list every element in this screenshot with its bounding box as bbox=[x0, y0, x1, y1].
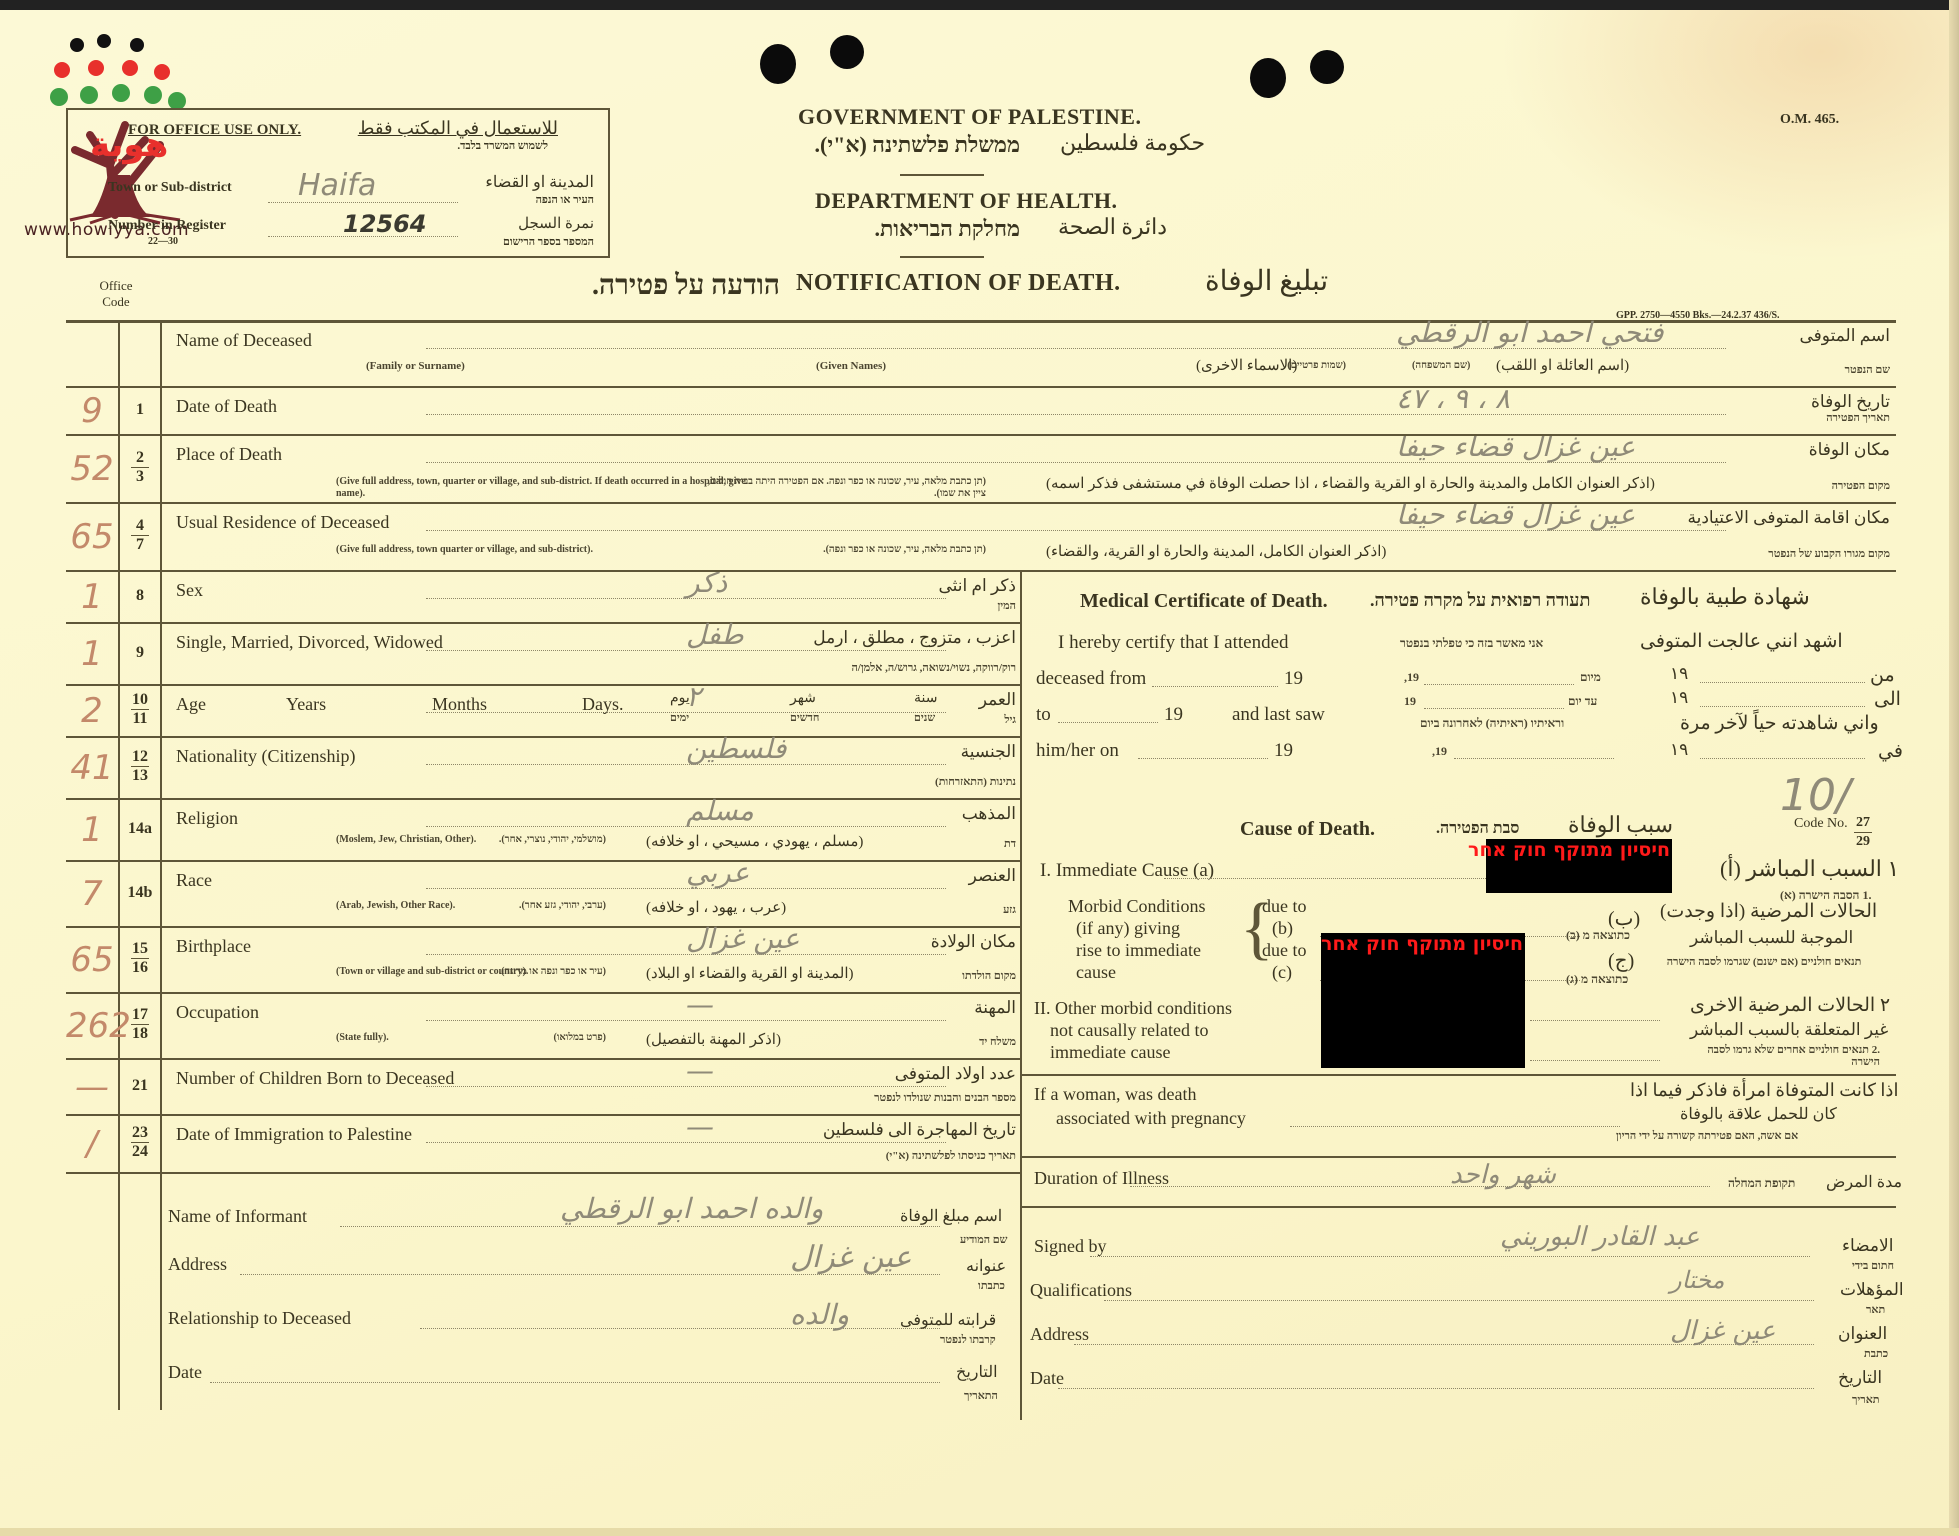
row-number-bottom: 24 bbox=[132, 1143, 148, 1160]
form-number: O.M. 465. bbox=[1780, 112, 1839, 128]
signed-by-ar: الامضاء bbox=[1842, 1236, 1893, 1256]
row-number: 1 bbox=[120, 401, 160, 419]
qualifications-value[interactable]: مختار bbox=[1670, 1266, 1725, 1294]
row-hint-en: (Give full address, town quarter or vill… bbox=[336, 544, 756, 556]
other-morbid-ar-2: غير المتعلقة بالسبب المباشر bbox=[1690, 1020, 1888, 1040]
other-morbid-line[interactable] bbox=[1530, 1020, 1660, 1021]
row-label-en: Single, Married, Divorced, Widowed bbox=[176, 632, 443, 653]
row-divider bbox=[1022, 1156, 1896, 1158]
office-use-title-ar: للاستعمال في المكتب فقط bbox=[358, 118, 558, 139]
label-c: (c) bbox=[1272, 962, 1292, 983]
row-number: 23 bbox=[120, 449, 160, 486]
certify-he-to-year: 19 bbox=[1404, 694, 1416, 709]
register-sub: 22—30 bbox=[148, 236, 178, 247]
logo-person-black bbox=[97, 34, 111, 48]
form-row: 21011AgeالعمرגילYearsMonthsDays.سنةشهريو… bbox=[66, 686, 1022, 736]
row-value[interactable]: — bbox=[686, 1054, 714, 1087]
row-label-ar: ذكر ام انثى bbox=[938, 576, 1016, 596]
row-hint-ar: (اذكر العنوان الكامل والمدينة والحارة او… bbox=[1046, 474, 1655, 493]
age-unit-ar: سنة bbox=[914, 690, 937, 707]
row-divider bbox=[66, 386, 1896, 388]
register-value[interactable]: 12564 bbox=[343, 210, 427, 238]
punch-hole bbox=[1310, 50, 1344, 84]
form-row: 19Single, Married, Divorced, Widowedاعزب… bbox=[66, 624, 1022, 684]
form-row: /2324Date of Immigration to Palestineتار… bbox=[66, 1116, 1022, 1172]
row-number-top: 4 bbox=[136, 517, 144, 534]
row-hint-he: (מושלמי, יהודי, נוצרי, אחר). bbox=[496, 834, 606, 846]
office-use-title-en: FOR OFFICE USE ONLY. bbox=[128, 122, 301, 139]
informant-relation-line bbox=[420, 1328, 940, 1329]
row-label-en: Nationality (Citizenship) bbox=[176, 746, 355, 767]
row-divider bbox=[66, 502, 1896, 504]
informant-name-ar: اسم مبلغ الوفاة bbox=[900, 1206, 1002, 1226]
margin-code: 9 bbox=[66, 391, 118, 431]
row-label-he: שם הנפטר bbox=[1845, 364, 1890, 376]
form-row: Name of Deceasedاسم المتوفىשם הנפטר(Fami… bbox=[66, 322, 1896, 386]
row-hint-ar: (المدينة او القرية والقضاء او البلاد) bbox=[646, 964, 854, 983]
header-title-he: הודעה על פטירה. bbox=[520, 270, 780, 302]
header-gov-ar: حكومة فلسطين bbox=[1060, 130, 1205, 156]
town-label-he: העיר או הנפה bbox=[536, 194, 594, 206]
margin-code: 7 bbox=[66, 874, 118, 914]
row-hint-he-2: (שם המשפחה) bbox=[1412, 360, 1470, 371]
logo-person-black bbox=[130, 38, 144, 52]
row-divider bbox=[1022, 1206, 1896, 1208]
medical-margin-note: 10/ bbox=[1780, 770, 1851, 821]
scan-edge-bottom bbox=[0, 1528, 1959, 1536]
row-label-he: תאריך כניסתו לפלשתינה (א"י) bbox=[886, 1150, 1016, 1162]
morbid-label-1: Morbid Conditions bbox=[1068, 896, 1206, 917]
row-number-bottom: 16 bbox=[132, 959, 148, 976]
paper-stain bbox=[1500, 0, 1959, 260]
signed-by-value[interactable]: عبد القادر البوريني bbox=[1500, 1222, 1700, 1252]
row-label-ar: العنصر bbox=[969, 866, 1016, 886]
row-hint-ar: (مسلم ، يهودي ، مسيحي ، او خلافه) bbox=[646, 832, 863, 851]
row-hint-he: (ערבי, יהודי, גזע אחר). bbox=[496, 900, 606, 912]
informant-relation-label: Relationship to Deceased bbox=[168, 1308, 351, 1329]
row-hint-ar: (اذكر المهنة بالتفصيل) bbox=[646, 1030, 781, 1049]
form-row: —21Number of Children Born to Deceasedعد… bbox=[66, 1060, 1022, 1114]
town-value[interactable]: Haifa bbox=[298, 168, 376, 203]
row-label-ar: المذهب bbox=[962, 804, 1016, 824]
logo-person-red bbox=[122, 60, 138, 76]
row-hint-ar: (عرب ، يهود ، او خلافه) bbox=[646, 898, 786, 917]
informant-date-ar: التاريخ bbox=[956, 1362, 998, 1382]
ar-from-line bbox=[1700, 682, 1865, 683]
row-number-top: 23 bbox=[132, 1124, 148, 1141]
row-label-ar: مكان الوفاة bbox=[1809, 440, 1890, 460]
age-unit-he: ימים bbox=[670, 712, 689, 724]
other-morbid-line[interactable] bbox=[1530, 1060, 1660, 1061]
doctor-address-label: Address bbox=[1030, 1324, 1089, 1345]
morbid-ar-b: (ب) bbox=[1608, 906, 1640, 931]
row-value[interactable]: عربي bbox=[686, 856, 749, 889]
office-use-title-he: לשמוש המשרד בלבד. bbox=[457, 140, 548, 152]
certify-he-1: אני מאשר בזה כי טפלתי בנפטר bbox=[1400, 636, 1543, 651]
row-value[interactable]: فتحي احمد ابو الرقطي bbox=[1396, 316, 1663, 349]
row-value[interactable]: مسلم bbox=[686, 794, 754, 827]
row-number-bottom: 7 bbox=[136, 536, 144, 553]
scan-edge-right bbox=[1949, 0, 1959, 1536]
qualifications-ar: المؤهلات bbox=[1840, 1280, 1904, 1300]
doctor-address-ar: العنوان bbox=[1838, 1324, 1887, 1344]
row-number-bottom: 3 bbox=[136, 468, 144, 485]
form-row: 411213Nationality (Citizenship)الجنسيةנת… bbox=[66, 738, 1022, 798]
last-seen-date-line[interactable] bbox=[1138, 758, 1268, 759]
morbid-he: תנאים חולניים (אם ישנם) שגרמו לסבה הישרה bbox=[1664, 956, 1864, 968]
form-row: 714bRaceالعنصرגזע(Arab, Jewish, Other Ra… bbox=[66, 862, 1022, 926]
scan-edge-top bbox=[0, 0, 1959, 10]
morbid-label-4: cause bbox=[1076, 962, 1116, 983]
code-number-label: Code No. bbox=[1794, 816, 1848, 832]
row-hint-en: (Give full address, town, quarter or vil… bbox=[336, 476, 756, 500]
punch-hole bbox=[760, 44, 796, 84]
row-number-bottom: 13 bbox=[132, 767, 148, 784]
margin-code: 52 bbox=[66, 449, 118, 489]
town-label-en: Town or Sub-district bbox=[108, 180, 232, 196]
other-morbid-1: II. Other morbid conditions bbox=[1034, 998, 1232, 1019]
row-number: 1718 bbox=[120, 1006, 160, 1043]
age-unit-en: Days. bbox=[582, 694, 624, 715]
label-b: (b) bbox=[1272, 918, 1293, 939]
informant-name-label: Name of Informant bbox=[168, 1206, 307, 1227]
header-dept-ar: دائرة الصحة bbox=[1058, 214, 1167, 240]
register-label-en: Number in Register bbox=[108, 218, 226, 234]
pregnancy-field[interactable] bbox=[1290, 1126, 1620, 1127]
row-number: 14b bbox=[120, 884, 160, 902]
due-to-b: due to bbox=[1262, 896, 1307, 917]
margin-code: 2 bbox=[66, 691, 118, 731]
code-bot: 29 bbox=[1856, 834, 1870, 849]
row-hint-en: (Family or Surname)(Given Names) bbox=[366, 360, 886, 372]
row-label-en: Name of Deceased bbox=[176, 330, 312, 351]
morbid-ar-c: (ج) bbox=[1608, 948, 1634, 973]
row-number-top: 15 bbox=[132, 940, 148, 957]
informant-name-value[interactable]: والده احمد ابو الرقطي bbox=[560, 1192, 823, 1225]
row-number-top: 14a bbox=[128, 820, 152, 837]
he-to-line bbox=[1424, 708, 1564, 709]
row-number-top: 21 bbox=[132, 1077, 148, 1094]
row-label-en: Usual Residence of Deceased bbox=[176, 512, 389, 533]
form-row: 114aReligionالمذهبדת(Moslem, Jew, Christ… bbox=[66, 800, 1022, 860]
age-unit-ar: شهر bbox=[790, 690, 816, 707]
row-hint-part: (Given Names) bbox=[816, 360, 886, 372]
row-divider bbox=[66, 570, 1896, 572]
row-hint-he: (תן כתבת מלאה, עיר, שכונה או כפר ונפה. א… bbox=[706, 476, 986, 500]
cause-title-ar: سبب الوفاة bbox=[1568, 812, 1673, 838]
row-label-ar: العمر bbox=[979, 690, 1016, 710]
row-value[interactable]: عين غزال bbox=[686, 922, 800, 955]
cause-title-en: Cause of Death. bbox=[1240, 818, 1375, 841]
row-number: 1213 bbox=[120, 748, 160, 785]
logo-person-black bbox=[70, 38, 84, 52]
margin-code: 1 bbox=[66, 810, 118, 850]
other-morbid-ar-1: ٢ الحالات المرضية الاخرى bbox=[1690, 994, 1890, 1017]
pregnancy-ar-2: كان للحمل علاقة بالوفاة bbox=[1680, 1104, 1837, 1124]
register-label-ar: نمرة السجل bbox=[518, 214, 594, 233]
form-row: 651516Birthplaceمكان الولادةמקום הולדתו(… bbox=[66, 928, 1022, 992]
row-label-en: Occupation bbox=[176, 1002, 259, 1023]
row-label-en: Race bbox=[176, 870, 212, 891]
duration-field-line bbox=[1130, 1186, 1710, 1187]
row-label-he: משלח יד bbox=[979, 1036, 1016, 1048]
certify-ar-from: من bbox=[1870, 664, 1895, 687]
logo-person-green bbox=[50, 88, 68, 106]
header-title-ar: تبليغ الوفاة bbox=[1205, 264, 1328, 298]
row-hint-ar: (اذكر العنوان الكامل، المدينة والحارة او… bbox=[1046, 542, 1386, 561]
certify-he-last: וראיתיו (ראיתיה) לאחרונה ביום bbox=[1420, 716, 1564, 731]
ar-to-line bbox=[1700, 706, 1865, 707]
pregnancy-label-2: associated with pregnancy bbox=[1056, 1108, 1246, 1129]
redaction-label: חיסיון מתוקף חוק אחר bbox=[1321, 933, 1523, 955]
row-number-bottom: 18 bbox=[132, 1025, 148, 1042]
row-hint-ar-2: (اسم العائلة او اللقب) bbox=[1496, 356, 1629, 375]
row-label-ar: مكان الولادة bbox=[931, 932, 1016, 952]
last-saw: and last saw bbox=[1232, 704, 1325, 726]
row-label-en: Birthplace bbox=[176, 936, 251, 957]
row-divider bbox=[66, 1172, 1022, 1174]
redaction-box: חיסיון מתוקף חוק אחר bbox=[1486, 839, 1672, 893]
row-label-he: מקום הולדתו bbox=[962, 970, 1016, 982]
certify-to: to bbox=[1036, 704, 1051, 726]
doctor-date-he: תאריך bbox=[1852, 1394, 1879, 1406]
row-label-he: רוק/רווקה, נשוי/נשואה, גרוש/ה, אלמן/ה bbox=[851, 662, 1016, 674]
morbid-label-3: rise to immediate bbox=[1076, 940, 1201, 961]
row-label-ar: اسم المتوفى bbox=[1800, 326, 1890, 346]
row-label-ar: تاريخ الوفاة bbox=[1811, 392, 1890, 412]
logo-person-red bbox=[54, 62, 70, 78]
code-number: 27 29 bbox=[1852, 814, 1874, 851]
doctor-date-line[interactable] bbox=[1058, 1388, 1814, 1389]
row-value[interactable]: — bbox=[686, 988, 714, 1021]
row-label-en: Date of Immigration to Palestine bbox=[176, 1124, 412, 1145]
row-label-ar: مكان اقامة المتوفى الاعتيادية bbox=[1687, 508, 1890, 528]
row-hint-part: (Family or Surname) bbox=[366, 360, 465, 372]
logo-person-green bbox=[144, 86, 162, 104]
doctor-address-he: כתבת bbox=[1864, 1348, 1888, 1360]
age-unit-en: Months bbox=[432, 694, 487, 715]
morbid-he-c: כתוצאה מ (ג) bbox=[1566, 972, 1628, 987]
informant-name-he: שם המודיע bbox=[960, 1234, 1007, 1246]
qualifications-label: Qualifications bbox=[1030, 1280, 1132, 1301]
row-number-top: 10 bbox=[132, 691, 148, 708]
row-hint-ar: (الاسماء الاخرى) bbox=[1196, 356, 1297, 375]
informant-address-he: כתבתו bbox=[978, 1280, 1005, 1292]
row-divider bbox=[66, 434, 1896, 436]
margin-code: 262 bbox=[66, 1006, 118, 1046]
informant-address-value[interactable]: عين غزال bbox=[790, 1240, 912, 1275]
age-unit-he: חדשים bbox=[790, 712, 819, 724]
register-label-he: המספר בספר הרישום bbox=[503, 236, 594, 248]
row-label-en: Sex bbox=[176, 580, 203, 601]
certify-ar-1: اشهد انني عالجت المتوفى bbox=[1640, 630, 1843, 653]
row-number: 8 bbox=[120, 587, 160, 605]
morbid-ar-2: الموجبة للسبب المباشر bbox=[1690, 928, 1853, 948]
informant-relation-ar: قرابته للمتوفى bbox=[900, 1310, 996, 1330]
row-value[interactable]: — bbox=[686, 1110, 714, 1143]
row-label-en: Place of Death bbox=[176, 444, 282, 465]
certify-ar-last: واني شاهدته حياً لآخر مرة bbox=[1680, 712, 1879, 735]
certify-he-from: מיום bbox=[1580, 670, 1601, 685]
pregnancy-he: אם אשה, האם פטירתה קשורה על ידי הריון bbox=[1616, 1130, 1798, 1142]
immediate-cause-ar: ١ السبب المباشر (أ) bbox=[1720, 856, 1899, 882]
row-number: 9 bbox=[120, 644, 160, 662]
logo-person-green bbox=[80, 86, 98, 104]
certify-he-last-year: ,19 bbox=[1432, 744, 1447, 759]
doctor-date-ar: التاريخ bbox=[1838, 1368, 1882, 1388]
from-year: 19 bbox=[1284, 668, 1303, 690]
doctor-date-label: Date bbox=[1030, 1368, 1064, 1389]
form-row: 91Date of Deathتاريخ الوفاةתאריך הפטירה٨… bbox=[66, 388, 1896, 434]
qualifications-he: תאר bbox=[1866, 1304, 1885, 1316]
header-gov-he: ממשלת פלשתינה (א"י). bbox=[760, 132, 1020, 158]
row-value[interactable]: ٢ bbox=[686, 680, 701, 713]
pregnancy-label-1: If a woman, was death bbox=[1034, 1084, 1196, 1105]
informant-date-line[interactable] bbox=[210, 1382, 940, 1383]
certify-line-1: I hereby certify that I attended bbox=[1058, 632, 1289, 654]
row-hint-he: (פרט במלואו) bbox=[496, 1032, 606, 1044]
other-morbid-he: .2 תנאים חולניים אחרים שלא גרמו לסבה היש… bbox=[1690, 1044, 1880, 1068]
row-number-bottom: 11 bbox=[132, 710, 147, 727]
signed-by-label: Signed by bbox=[1034, 1236, 1107, 1257]
medical-title-he: תעודה רפואית על מקרה פטירה. bbox=[1370, 590, 1590, 611]
row-label-he: דת bbox=[1004, 838, 1016, 850]
row-label-he: מקום מגורו הקבוע של הנפטר bbox=[1768, 548, 1890, 560]
punch-hole bbox=[1250, 58, 1286, 98]
margin-code: 41 bbox=[66, 748, 118, 788]
row-label-he: גזע bbox=[1003, 904, 1016, 916]
header-title-en: NOTIFICATION OF DEATH. bbox=[796, 270, 1121, 297]
due-to-c: due to bbox=[1262, 940, 1307, 961]
header-divider bbox=[900, 256, 984, 258]
row-hint-he: (תן כתבת מלאה, עיר, שכונה או כפר ונפה). bbox=[706, 544, 986, 556]
he-last-line bbox=[1454, 758, 1614, 759]
row-divider bbox=[1022, 1074, 1896, 1076]
row-number: 21 bbox=[120, 1077, 160, 1095]
to-year: 19 bbox=[1164, 704, 1183, 726]
row-label-en: Date of Death bbox=[176, 396, 277, 417]
row-number-top: 17 bbox=[132, 1006, 148, 1023]
office-use-box: FOR OFFICE USE ONLY. للاستعمال في المكتب… bbox=[66, 108, 610, 258]
certify-ar-to-year: ١٩ bbox=[1670, 688, 1688, 708]
cause-title-he: סבת הפטירה. bbox=[1436, 820, 1519, 838]
row-number: 47 bbox=[120, 517, 160, 554]
certify-ar-on: في bbox=[1878, 740, 1903, 763]
margin-code: — bbox=[66, 1067, 118, 1107]
certify-he-to: עד יום bbox=[1568, 694, 1597, 709]
header-gov-en: GOVERNMENT OF PALESTINE. bbox=[798, 104, 1141, 130]
age-unit-he: שנים bbox=[914, 712, 935, 724]
row-number: 1516 bbox=[120, 940, 160, 977]
row-number-top: 12 bbox=[132, 748, 148, 765]
qualifications-line bbox=[1104, 1300, 1814, 1301]
he-from-line bbox=[1424, 684, 1574, 685]
duration-he: תקופת המחלה bbox=[1728, 1176, 1795, 1191]
row-number: 1011 bbox=[120, 691, 160, 728]
row-value[interactable]: فلسطين bbox=[686, 732, 786, 765]
last-seen-year: 19 bbox=[1274, 740, 1293, 762]
from-date-line[interactable] bbox=[1152, 686, 1278, 687]
redaction-box: חיסיון מתוקף חוק אחר bbox=[1321, 933, 1525, 1068]
form-row: 2621718Occupationالمهنةמשלח יד(State ful… bbox=[66, 994, 1022, 1058]
row-label-he: מקום הפטירה bbox=[1832, 480, 1890, 492]
margin-code: 65 bbox=[66, 940, 118, 980]
doctor-address-value[interactable]: عين غزال bbox=[1670, 1316, 1775, 1346]
informant-address-ar: عنوانه bbox=[966, 1256, 1006, 1276]
row-number-top: 9 bbox=[136, 644, 144, 661]
form-row: 5223Place of Deathمكان الوفاةמקום הפטירה… bbox=[66, 436, 1896, 502]
office-code-label: Office Code bbox=[88, 278, 144, 310]
row-number-top: 2 bbox=[136, 449, 144, 466]
pregnancy-ar-1: اذا كانت المتوفاة امرأة فاذكر فيما اذا bbox=[1630, 1080, 1898, 1101]
morbid-ar-1: الحالات المرضية (اذا وجدت) bbox=[1660, 900, 1877, 923]
row-number: 2324 bbox=[120, 1124, 160, 1161]
other-morbid-2: not causally related to bbox=[1050, 1020, 1208, 1041]
certify-from: deceased from bbox=[1036, 668, 1146, 690]
header-dept-en: DEPARTMENT OF HEALTH. bbox=[815, 188, 1118, 214]
row-value[interactable]: طفل bbox=[686, 618, 744, 651]
signed-by-he: חתום בידי bbox=[1852, 1260, 1894, 1272]
margin-code: 65 bbox=[66, 517, 118, 557]
logo-person-green bbox=[112, 84, 130, 102]
row-label-ar: عدد اولاد المتوفى bbox=[895, 1064, 1016, 1084]
row-number-top: 14b bbox=[128, 884, 153, 901]
row-label-he: מספר הבנים והבנות שנולדו לנפטר bbox=[874, 1092, 1016, 1104]
signed-by-line bbox=[1090, 1256, 1810, 1257]
header-dept-he: מחלקת הבריאות. bbox=[760, 216, 1020, 242]
town-label-ar: المدينة او القضاء bbox=[485, 172, 594, 192]
morbid-label-2: (if any) giving bbox=[1076, 918, 1180, 939]
row-field-line[interactable] bbox=[426, 414, 1726, 415]
certify-ar-to: الى bbox=[1874, 688, 1901, 711]
header-divider bbox=[900, 174, 984, 176]
duration-value[interactable]: شهر واحد bbox=[1450, 1160, 1556, 1190]
margin-code: 1 bbox=[66, 634, 118, 674]
punch-hole bbox=[830, 35, 864, 69]
certify-ar-from-year: ١٩ bbox=[1670, 664, 1688, 684]
row-number: 14a bbox=[120, 820, 160, 838]
margin-code: 1 bbox=[66, 577, 118, 617]
informant-address-label: Address bbox=[168, 1254, 227, 1275]
logo-person-red bbox=[154, 64, 170, 80]
informant-relation-value[interactable]: والده bbox=[790, 1298, 849, 1331]
informant-date-he: התאריך bbox=[964, 1390, 998, 1402]
row-number-top: 8 bbox=[136, 587, 144, 604]
row-label-he: גיל bbox=[1004, 714, 1016, 726]
medical-title-ar: شهادة طبية بالوفاة bbox=[1640, 584, 1810, 610]
informant-name-line bbox=[340, 1226, 940, 1227]
informant-relation-he: קרבתו לנפטר bbox=[940, 1334, 996, 1346]
row-label-he: נתינות (התאזרחות) bbox=[935, 776, 1016, 788]
row-label-en: Number of Children Born to Deceased bbox=[176, 1068, 454, 1089]
form-row: 18Sexذكر ام انثىהמיןذكر bbox=[66, 572, 1022, 622]
code-top: 27 bbox=[1856, 815, 1870, 830]
row-label-ar: اعزب ، متزوج ، مطلق ، ارمل bbox=[813, 628, 1016, 648]
row-label-ar: الجنسية bbox=[961, 742, 1016, 762]
row-label-he: תאריך הפטירה bbox=[1826, 412, 1890, 424]
other-morbid-3: immediate cause bbox=[1050, 1042, 1170, 1063]
to-date-line[interactable] bbox=[1058, 722, 1158, 723]
certify-he-from-year: ,19 bbox=[1404, 670, 1419, 685]
ar-on-line bbox=[1700, 758, 1865, 759]
row-label-ar: المهنة bbox=[974, 998, 1016, 1018]
duration-ar: مدة المرض bbox=[1826, 1172, 1902, 1192]
age-unit-en: Years bbox=[286, 694, 326, 715]
row-label-ar: تاريخ المهاجرة الى فلسطين bbox=[823, 1120, 1016, 1140]
code-fraction-bar bbox=[1854, 832, 1872, 833]
certify-ar-on-year: ١٩ bbox=[1670, 740, 1688, 760]
office-code-text: Office Code bbox=[100, 278, 133, 309]
